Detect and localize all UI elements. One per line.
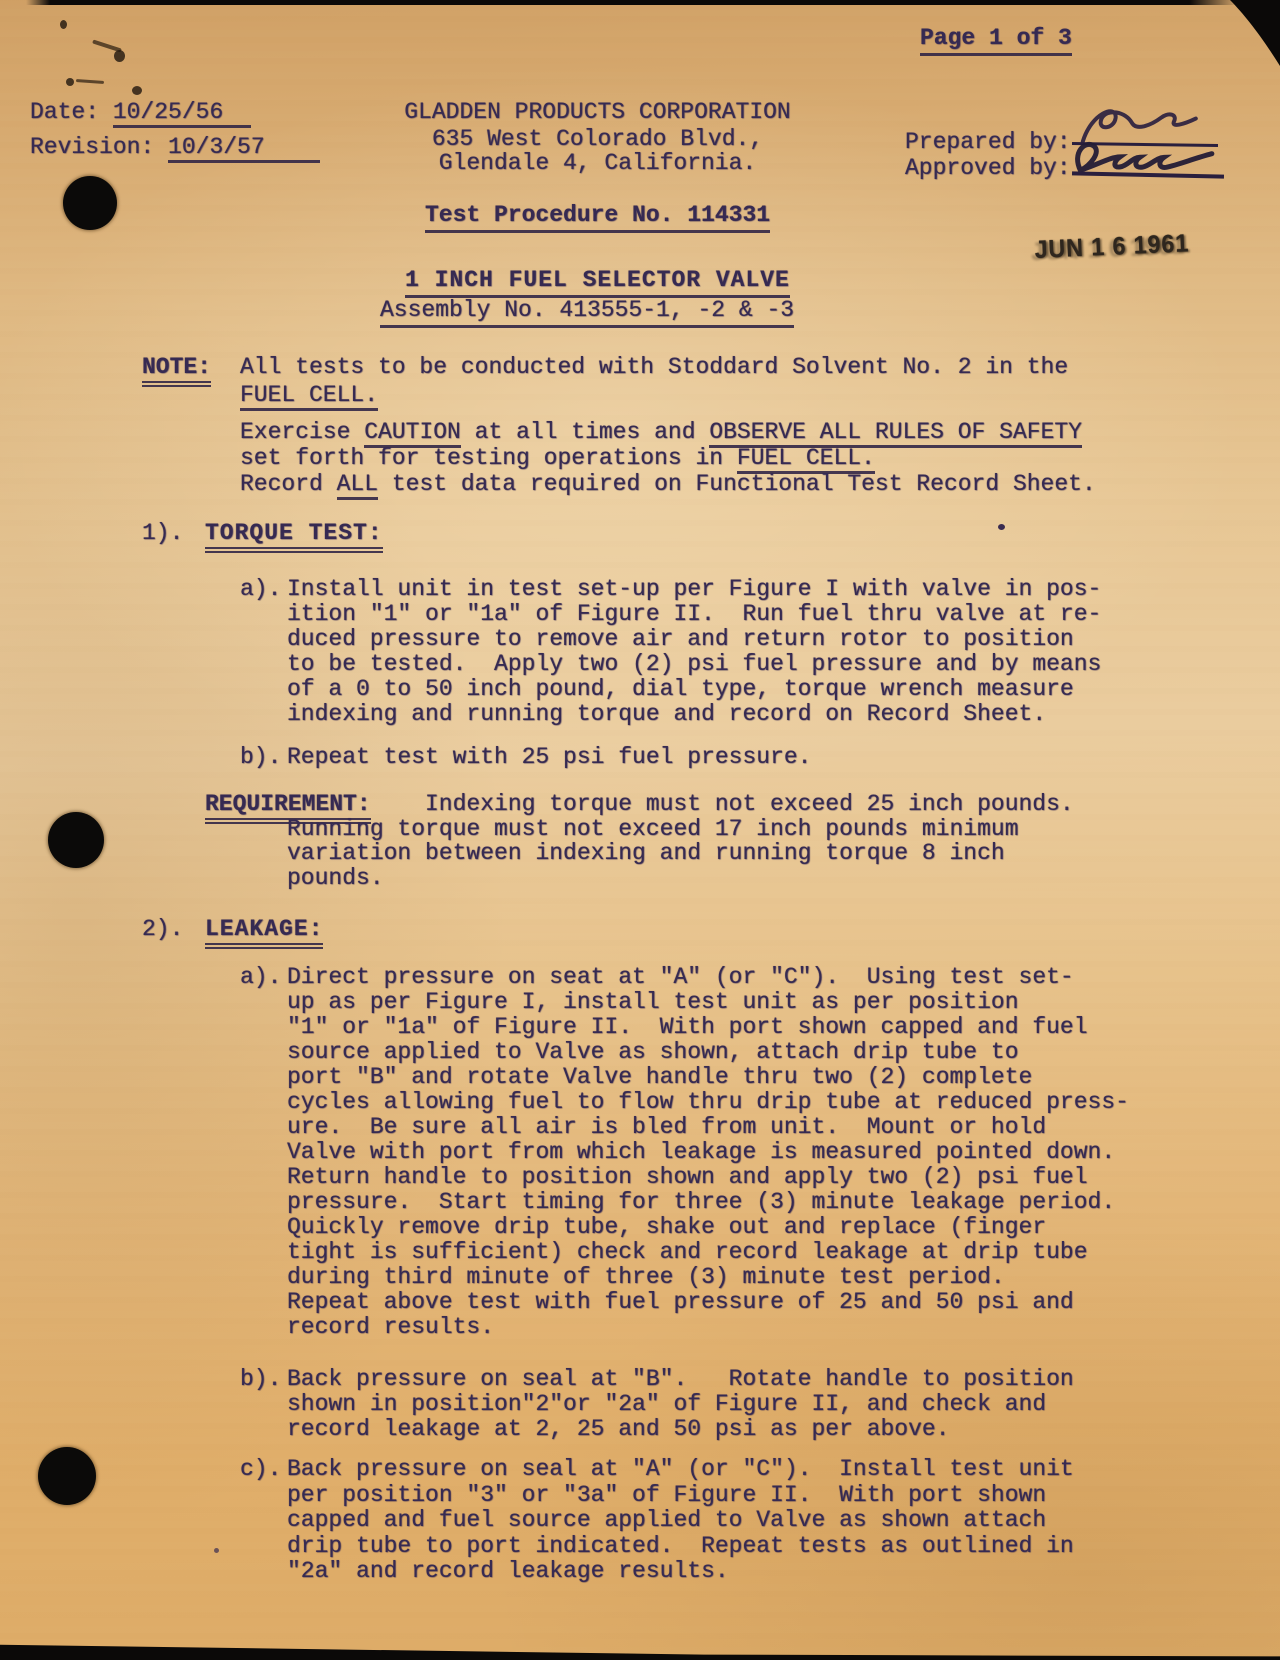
item2a-line: source applied to Valve as shown, attach… xyxy=(287,1040,1019,1065)
item2a-line: "1" or "1a" of Figure II. With port show… xyxy=(287,1015,1088,1040)
item1a-line: of a 0 to 50 inch pound, dial type, torq… xyxy=(287,677,1074,702)
prepared-by-label: Prepared by: xyxy=(905,130,1071,155)
item2a-line: record results. xyxy=(287,1315,494,1340)
item2a-line: Repeat above test with fuel pressure of … xyxy=(287,1290,1074,1315)
date-value: 10/25/56 xyxy=(113,99,251,128)
staple-mark xyxy=(66,78,74,86)
item2a-line: Direct pressure on seat at "A" (or "C").… xyxy=(287,965,1074,990)
item2a-line: port "B" and rotate Valve handle thru tw… xyxy=(287,1065,1032,1090)
req-label: REQUIREMENT: xyxy=(205,792,371,817)
item2a-line: during third minute of three (3) minute … xyxy=(287,1265,1005,1290)
page-number-text: Page 1 of 3 xyxy=(920,25,1072,56)
procedure-title-text: Test Procedure No. 114331 xyxy=(425,202,770,233)
item2a-line: cycles allowing fuel to flow thru drip t… xyxy=(287,1090,1129,1115)
company-address-line2: Glendale 4, California. xyxy=(370,151,825,176)
revision-label: Revision: xyxy=(30,134,154,160)
scan-corner-top-right xyxy=(1218,0,1280,72)
item1b-label: b). xyxy=(240,745,281,770)
item2c-label: c). xyxy=(240,1457,281,1482)
item2a-line: Quickly remove drip tube, shake out and … xyxy=(287,1215,1046,1240)
staple-mark xyxy=(114,50,125,62)
item1a-line: Install unit in test set-up per Figure I… xyxy=(287,577,1101,602)
section-heading: TORQUE TEST: xyxy=(205,521,383,546)
page-number: Page 1 of 3 xyxy=(920,26,1072,51)
item2a-line: Valve with port from which leakage is me… xyxy=(287,1140,1115,1165)
item2c-line: "2a" and record leakage results. xyxy=(287,1559,729,1584)
item2a-line: Return handle to position shown and appl… xyxy=(287,1165,1088,1190)
item2a-line: up as per Figure I, install test unit as… xyxy=(287,990,1019,1015)
req-line: pounds. xyxy=(287,866,384,891)
stray-ink-dot xyxy=(998,524,1005,530)
punch-hole xyxy=(48,812,104,868)
scanned-document-page: { "page": { "label": "Page 1 of 3", "sta… xyxy=(0,0,1280,1660)
item2c-line: capped and fuel source applied to Valve … xyxy=(287,1508,1046,1533)
item2a-line: ure. Be sure all air is bled from unit. … xyxy=(287,1115,1046,1140)
assembly-title-text: Assembly No. 413555-1, -2 & -3 xyxy=(380,297,794,328)
assembly-title: Assembly No. 413555-1, -2 & -3 xyxy=(380,298,794,323)
company-address-line1: 635 West Colorado Blvd., xyxy=(370,127,825,152)
valve-title: 1 INCH FUEL SELECTOR VALVE xyxy=(405,268,790,293)
punch-hole xyxy=(38,1447,96,1505)
item2b-label: b). xyxy=(240,1367,281,1392)
note-line: Record ALL test data required on Functio… xyxy=(240,472,1096,497)
req-line: Running torque must not exceed 17 inch p… xyxy=(287,817,1019,842)
item1b-line: Repeat test with 25 psi fuel pressure. xyxy=(287,745,812,770)
revision-row: Revision: 10/3/57 xyxy=(30,135,320,160)
punch-hole xyxy=(63,176,117,230)
scan-edge-top xyxy=(26,0,1238,5)
item1a-line: to be tested. Apply two (2) psi fuel pre… xyxy=(287,652,1101,677)
item1a-line: ition "1" or "1a" of Figure II. Run fuel… xyxy=(287,602,1101,627)
stray-ink-dot xyxy=(214,1548,219,1553)
item2a-label: a). xyxy=(240,965,281,990)
item1a-line: duced pressure to remove air and return … xyxy=(287,627,1074,652)
item2c-line: drip tube to port indicated. Repeat test… xyxy=(287,1534,1074,1559)
req-line: variation between indexing and running t… xyxy=(287,841,1005,866)
approved-signature xyxy=(1065,131,1227,187)
date-label: Date: xyxy=(30,99,99,125)
item1a-label: a). xyxy=(240,577,281,602)
revision-value: 10/3/57 xyxy=(168,134,320,163)
item2c-line: Back pressure on seal at "A" (or "C"). I… xyxy=(287,1457,1074,1482)
note-line: All tests to be conducted with Stoddard … xyxy=(240,355,1068,380)
item2b-line: record leakage at 2, 25 and 50 psi as pe… xyxy=(287,1417,950,1442)
section-number: 1). xyxy=(142,521,183,546)
item2c-line: per position "3" or "3a" of Figure II. W… xyxy=(287,1483,1046,1508)
note-line: Exercise CAUTION at all times and OBSERV… xyxy=(240,420,1082,445)
valve-title-text: 1 INCH FUEL SELECTOR VALVE xyxy=(405,267,790,298)
section-heading: LEAKAGE: xyxy=(205,917,323,942)
item2a-line: pressure. Start timing for three (3) min… xyxy=(287,1190,1115,1215)
staple-mark xyxy=(132,86,142,95)
item2b-line: shown in position"2"or "2a" of Figure II… xyxy=(287,1392,1046,1417)
staple-mark xyxy=(60,20,67,29)
item2b-line: Back pressure on seal at "B". Rotate han… xyxy=(287,1367,1074,1392)
section-number: 2). xyxy=(142,917,183,942)
item2a-line: tight is sufficient) check and record le… xyxy=(287,1240,1088,1265)
req-line: Indexing torque must not exceed 25 inch … xyxy=(425,792,1074,817)
note-line: FUEL CELL. xyxy=(240,383,378,408)
note-label: NOTE: xyxy=(142,355,211,380)
date-row: Date: 10/25/56 xyxy=(30,100,251,125)
procedure-title: Test Procedure No. 114331 xyxy=(425,203,770,228)
approved-by-label: Approved by: xyxy=(905,156,1071,181)
item1a-line: indexing and running torque and record o… xyxy=(287,702,1046,727)
company-name: GLADDEN PRODUCTS CORPORATION xyxy=(370,100,825,125)
note-line: set forth for testing operations in FUEL… xyxy=(240,446,875,471)
